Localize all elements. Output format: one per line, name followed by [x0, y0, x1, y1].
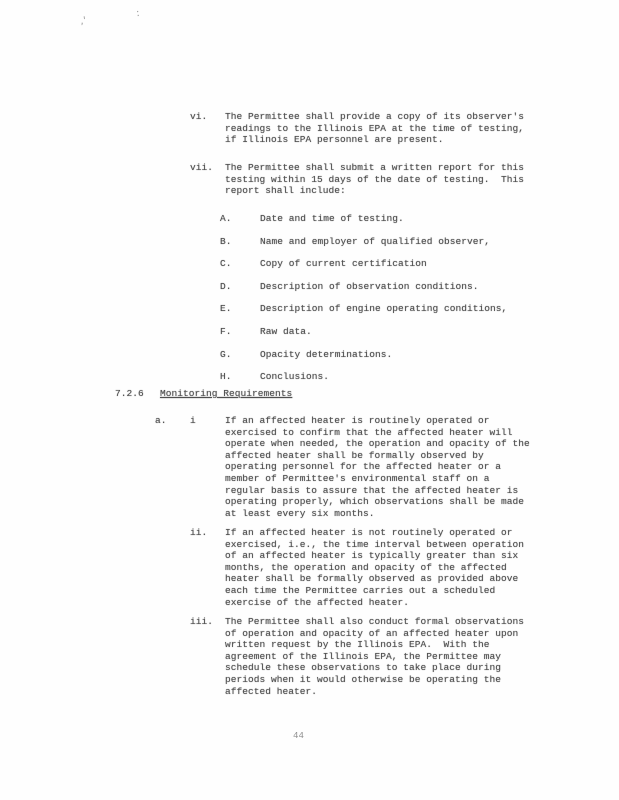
report-item-label: D. [220, 281, 260, 293]
report-item-label: G. [220, 349, 260, 361]
report-item-text: Name and employer of qualified observer, [260, 236, 530, 248]
monitoring-item-label: i [190, 415, 225, 519]
report-item-text: Date and time of testing. [260, 213, 530, 225]
report-item-label: H. [220, 371, 260, 383]
clause-label: vii. [190, 162, 225, 197]
monitoring-item-i: a. i If an affected heater is routinely … [155, 415, 535, 519]
report-item-text: Description of engine operating conditio… [260, 303, 530, 315]
report-item-label: B. [220, 236, 260, 248]
report-item-text: Raw data. [260, 326, 530, 338]
clause-text: The Permittee shall submit a written rep… [225, 162, 530, 197]
section-heading: 7.2.6 Monitoring Requirements [115, 388, 292, 400]
monitoring-item-iii: iii. The Permittee shall also conduct fo… [155, 616, 535, 697]
pencil-mark-left: ,' [79, 15, 87, 27]
monitoring-item-text: The Permittee shall also conduct formal … [225, 616, 535, 697]
report-item-label: C. [220, 258, 260, 270]
report-item-b: B. Name and employer of qualified observ… [220, 236, 530, 248]
monitoring-item-label: ii. [190, 527, 225, 608]
monitoring-outer-label: a. [155, 415, 190, 519]
report-item-text: Opacity determinations. [260, 349, 530, 361]
clause-vii: vii. The Permittee shall submit a writte… [190, 162, 530, 197]
report-item-f: F. Raw data. [220, 326, 530, 338]
report-item-d: D. Description of observation conditions… [220, 281, 530, 293]
monitoring-outer-label [155, 527, 190, 608]
monitoring-item-label: iii. [190, 616, 225, 697]
monitoring-item-text: If an affected heater is routinely opera… [225, 415, 535, 519]
clause-label: vi. [190, 111, 225, 146]
report-item-label: A. [220, 213, 260, 225]
pencil-mark-right: : [136, 8, 141, 20]
report-item-a: A. Date and time of testing. [220, 213, 530, 225]
report-item-e: E. Description of engine operating condi… [220, 303, 530, 315]
clause-text: The Permittee shall provide a copy of it… [225, 111, 530, 146]
report-item-g: G. Opacity determinations. [220, 349, 530, 361]
pencil-marks: ,' : [79, 8, 140, 28]
report-item-text: Description of observation conditions. [260, 281, 530, 293]
report-item-label: F. [220, 326, 260, 338]
report-item-h: H. Conclusions. [220, 371, 530, 383]
report-items-list: A. Date and time of testing. B. Name and… [220, 213, 530, 394]
report-item-text: Copy of current certification [260, 258, 530, 270]
monitoring-outer-label [155, 616, 190, 697]
clause-vi: vi. The Permittee shall provide a copy o… [190, 111, 530, 146]
report-item-label: E. [220, 303, 260, 315]
document-page: ,' : vi. The Permittee shall provide a c… [0, 0, 619, 800]
page-number: 44 [293, 731, 304, 743]
section-number: 7.2.6 [115, 388, 160, 400]
report-item-c: C. Copy of current certification [220, 258, 530, 270]
report-item-text: Conclusions. [260, 371, 530, 383]
monitoring-item-ii: ii. If an affected heater is not routine… [155, 527, 535, 608]
section-title: Monitoring Requirements [160, 388, 292, 400]
monitoring-item-text: If an affected heater is not routinely o… [225, 527, 535, 608]
